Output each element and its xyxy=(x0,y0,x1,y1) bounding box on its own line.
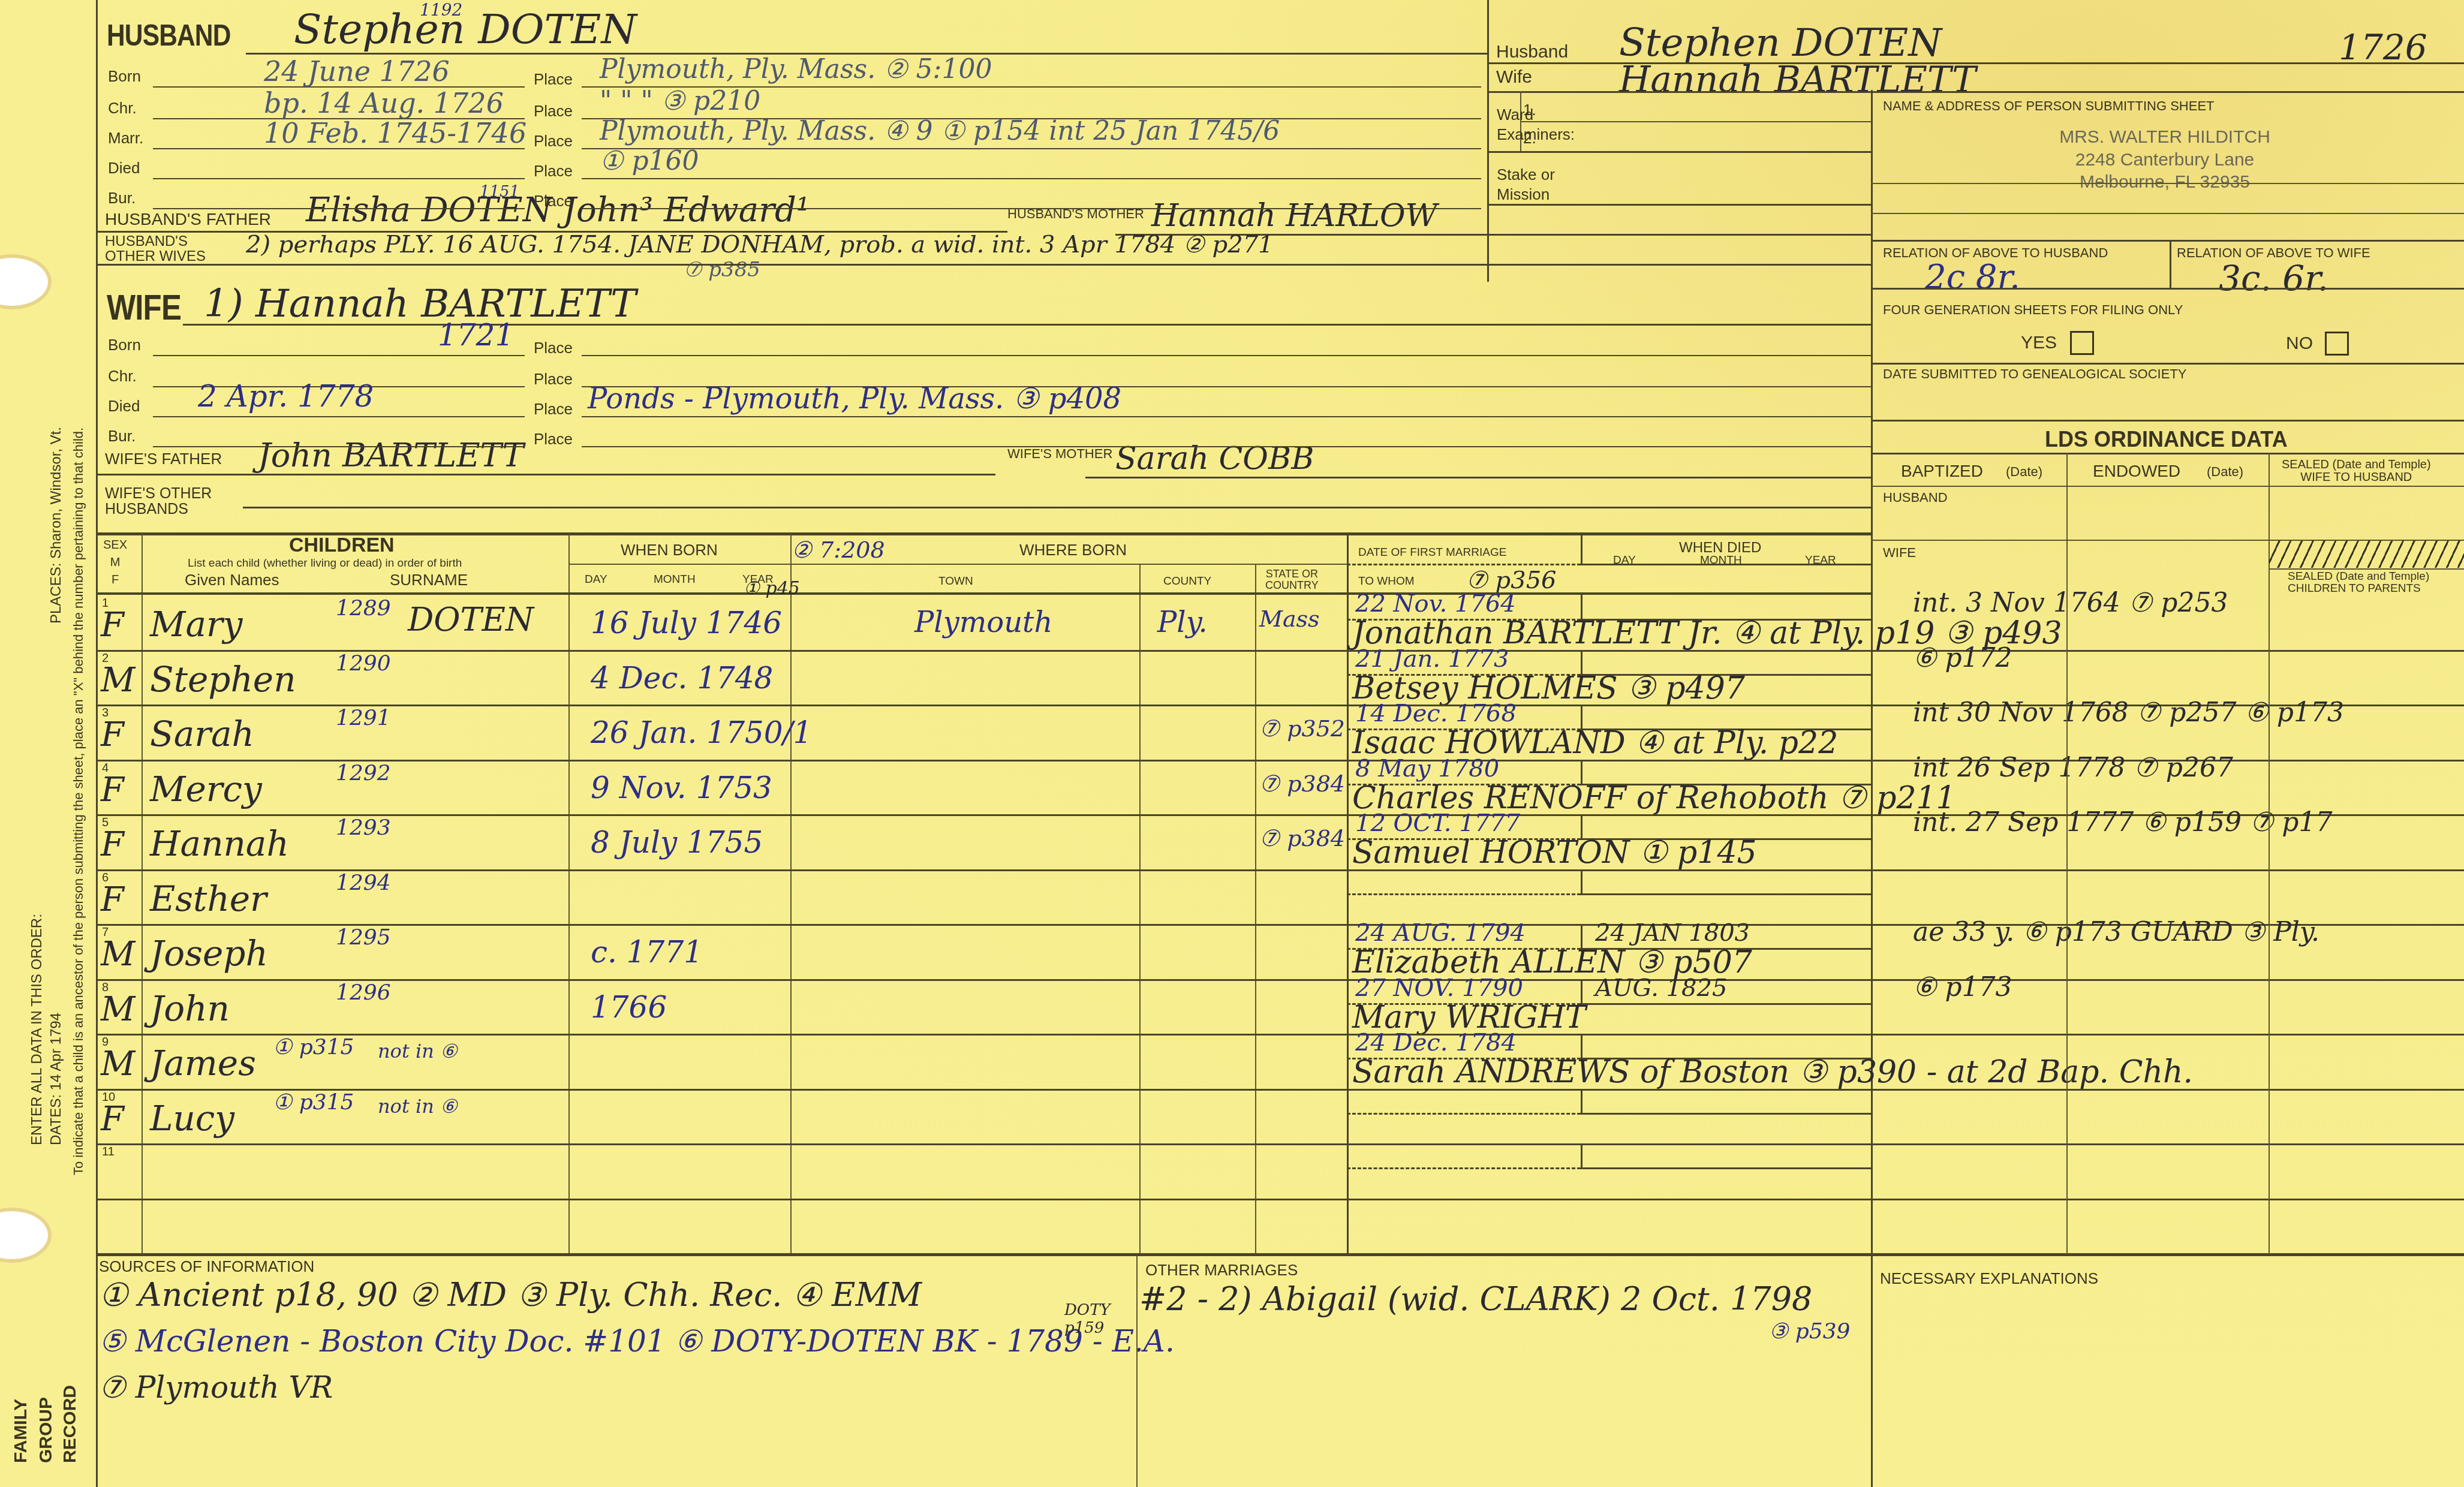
lds-baptized-label: BAPTIZED xyxy=(1901,462,1983,481)
child-ref: 1291 xyxy=(336,706,391,730)
wife-father[interactable]: John BARTLETT xyxy=(258,437,524,474)
child-ref: 1295 xyxy=(336,925,391,950)
child-given-name[interactable]: Sarah xyxy=(150,714,254,754)
husband-father-label: HUSBAND'S FATHER xyxy=(105,210,271,229)
child-row[interactable] xyxy=(96,1143,1871,1199)
child-birth-state[interactable]: Mass xyxy=(1259,606,1320,632)
submitter-city: Melbourne, FL 32935 xyxy=(1949,171,2381,194)
other-marriages-text[interactable]: #2 - 2) Abigail (wid. CLARK) 2 Oct. 1798 xyxy=(1139,1280,1812,1318)
child-birth-state[interactable]: ⑦ p352 xyxy=(1259,715,1345,742)
relation-wife[interactable]: 3c. 6r. xyxy=(2219,258,2328,299)
sources-label: SOURCES OF INFORMATION xyxy=(99,1257,314,1276)
first-marriage-header: DATE OF FIRST MARRIAGE xyxy=(1358,547,1506,559)
source-line-1[interactable]: ① Ancient p18, 90 ② MD ③ Ply. Chh. Rec. … xyxy=(99,1276,922,1314)
child-birth-date[interactable]: c. 1771 xyxy=(591,935,703,970)
child-marriage-date[interactable]: 24 AUG. 1794 xyxy=(1355,919,1526,947)
child-birth-date[interactable]: 4 Dec. 1748 xyxy=(591,661,773,696)
born-day-header: DAY xyxy=(585,574,607,586)
county-header: COUNTY xyxy=(1163,576,1211,588)
husband-father-ref: 1151 xyxy=(480,183,519,201)
yes-label: YES xyxy=(2021,333,2057,353)
child-notes: int 26 Sep 1778 ⑦ p267 xyxy=(1913,752,2233,783)
relation-husband[interactable]: 2c 8r. xyxy=(1925,258,2020,297)
stake-mission-label: Stake or Mission xyxy=(1497,165,1555,204)
sex-header-m: M xyxy=(103,554,127,571)
child-given-name[interactable]: Joseph xyxy=(150,933,268,974)
child-notes: int 30 Nov 1768 ⑦ p257 ⑥ p173 xyxy=(1913,697,2344,728)
child-birth-date[interactable]: 26 Jan. 1750/1 xyxy=(591,715,812,750)
child-death-date[interactable]: 24 JAN 1803 xyxy=(1595,919,1750,947)
husband-place-label: Place xyxy=(534,70,573,89)
lds-endowed-sub: (Date) xyxy=(2207,465,2243,478)
wife-place-label: Place xyxy=(534,370,573,389)
lds-sealed-wh-label: SEALED (Date and Temple) WIFE TO HUSBAND xyxy=(2282,459,2431,484)
hr-wife-name[interactable]: Hannah BARTLETT xyxy=(1619,59,1976,101)
husband-event-label: Bur. xyxy=(108,189,136,207)
sex-header: SEX M F xyxy=(103,537,127,589)
when-born-note: ② 7:208 xyxy=(792,537,885,563)
child-sex[interactable]: M xyxy=(101,661,135,700)
child-sex[interactable]: F xyxy=(101,880,124,919)
sex-header-f: F xyxy=(103,571,127,589)
husband-event-date[interactable]: bp. 14 Aug. 1726 xyxy=(264,87,504,119)
child-birth-state[interactable]: ⑦ p384 xyxy=(1259,825,1345,851)
stake-label-line1: Stake or xyxy=(1497,165,1555,185)
child-given-name[interactable]: Mary xyxy=(150,604,242,645)
lds-hatched-area xyxy=(2269,541,2464,568)
child-birth-date[interactable]: 16 July 1746 xyxy=(591,606,782,640)
date-submitted-label: DATE SUBMITTED TO GENEALOGICAL SOCIETY xyxy=(1883,367,2187,381)
hr-year: 1726 xyxy=(2339,27,2427,68)
source-line-2[interactable]: ⑤ McGlenen - Boston City Doc. #101 ⑥ DOT… xyxy=(99,1324,1175,1359)
wife-place-label: Place xyxy=(534,400,573,419)
husband-other-wives[interactable]: 2) perhaps PLY. 16 AUG. 1754. JANE DONHA… xyxy=(246,231,1274,258)
wife-event-place[interactable]: Ponds - Plymouth, Ply. Mass. ③ p408 xyxy=(588,382,1121,416)
child-given-name[interactable]: Stephen xyxy=(150,659,296,700)
born-month-header: MONTH xyxy=(654,574,696,586)
children-title: CHILDREN xyxy=(289,534,395,557)
wife-other-husbands-label: WIFE'S OTHER HUSBANDS xyxy=(105,486,212,517)
child-marriage-date[interactable]: 22 Nov. 1764 xyxy=(1355,590,1516,618)
child-marriage-date[interactable]: 21 Jan. 1773 xyxy=(1355,645,1509,673)
child-sex[interactable]: M xyxy=(101,990,135,1029)
husband-event-place[interactable]: Plymouth, Ply. Mass. ④ 9 ① p154 int 25 J… xyxy=(600,116,1280,146)
child-sex[interactable]: F xyxy=(101,825,124,864)
wife-event-label: Chr. xyxy=(108,367,137,386)
child-given-name[interactable]: Mercy xyxy=(150,769,262,809)
side-title: FAMILY xyxy=(12,1399,30,1463)
child-sex[interactable]: M xyxy=(101,935,135,974)
explanations-label: NECESSARY EXPLANATIONS xyxy=(1880,1269,2098,1288)
child-surname[interactable]: not in ⑥ xyxy=(378,1095,458,1118)
child-marriage-date[interactable]: 24 Dec. 1784 xyxy=(1355,1029,1517,1056)
child-ref: 1294 xyxy=(336,871,391,895)
husband-event-place[interactable]: Plymouth, Ply. Mass. ② 5:100 xyxy=(600,54,992,85)
husband-ref-number: 1192 xyxy=(420,0,462,20)
child-marriage-date[interactable]: 14 Dec. 1768 xyxy=(1355,700,1517,727)
source-line-3[interactable]: ⑦ Plymouth VR xyxy=(99,1370,333,1405)
wife-place-label: Place xyxy=(534,430,573,448)
surname-header: SURNAME xyxy=(390,571,468,589)
children-subtitle: List each child (whether living or dead)… xyxy=(188,558,462,570)
child-given-name[interactable]: Esther xyxy=(150,878,267,919)
wife-event-date[interactable]: 2 Apr. 1778 xyxy=(198,379,374,414)
child-birth-county[interactable]: Ply. xyxy=(1157,606,1208,639)
state-header-line2: COUNTRY xyxy=(1265,580,1319,591)
wife-name[interactable]: 1) Hannah BARTLETT xyxy=(204,282,636,326)
child-notes: ae 33 y. ⑥ p173 GUARD ③ Ply. xyxy=(1913,917,2319,947)
child-spouse[interactable]: Samuel HORTON ① p145 xyxy=(1352,835,1757,871)
no-checkbox[interactable] xyxy=(2325,332,2349,356)
hr-husband-label: Husband xyxy=(1496,42,1568,62)
husband-event-label: Born xyxy=(108,67,141,86)
child-death-date[interactable]: AUG. 1825 xyxy=(1595,974,1727,1002)
other-husbands-line2: HUSBANDS xyxy=(105,501,212,517)
child-surname[interactable]: not in ⑥ xyxy=(378,1040,458,1062)
state-header-line1: STATE OR xyxy=(1265,568,1319,580)
husband-place-label: Place xyxy=(534,162,573,180)
lds-husband-label: HUSBAND xyxy=(1883,490,1948,504)
source-margin-note: DOTY p159 xyxy=(1064,1301,1106,1337)
husband-place-label: Place xyxy=(534,192,573,210)
child-ref: 1290 xyxy=(336,651,391,676)
husband-event-label: Chr. xyxy=(108,99,137,118)
no-label: NO xyxy=(2286,333,2313,354)
child-birth-date[interactable]: 8 July 1755 xyxy=(591,825,763,860)
child-ref: 1296 xyxy=(336,980,391,1005)
wife-label: WIFE xyxy=(107,287,181,328)
header-divider xyxy=(1487,0,1489,282)
child-notes: ⑥ p173 xyxy=(1913,972,2012,1003)
wife-event-label: Bur. xyxy=(108,427,136,446)
husband-event-label: Died xyxy=(108,159,140,177)
ward-examiner-2[interactable]: 2. xyxy=(1523,129,1536,148)
husband-other-wives-note: ⑦ p385 xyxy=(684,258,760,282)
side-title-group: GROUP xyxy=(36,1397,56,1463)
husband-event-place[interactable]: " " " ③ p210 xyxy=(600,86,760,116)
lds-baptized-sub: (Date) xyxy=(2006,465,2042,478)
other-marriages-note: ③ p539 xyxy=(1769,1319,1850,1344)
child-given-name[interactable]: James xyxy=(150,1043,256,1083)
margin-dates: DATES: 14 Apr 1794 xyxy=(48,1013,65,1145)
child-sex[interactable]: F xyxy=(101,770,124,809)
wife-event-label: Born xyxy=(108,336,141,354)
other-husbands-line1: WIFE'S OTHER xyxy=(105,486,212,501)
wife-mother-label: WIFE'S MOTHER xyxy=(1007,447,1112,460)
husband-event-date[interactable]: 10 Feb. 1745-1746 xyxy=(264,117,527,149)
sealed-cp-line2: CHILDREN TO PARENTS xyxy=(2288,583,2429,595)
town-header: TOWN xyxy=(938,576,973,588)
margin-ancestor-note: To indicate that a child is an ancestor … xyxy=(71,428,86,1175)
where-born-header: WHERE BORN xyxy=(1019,541,1127,559)
yes-checkbox[interactable] xyxy=(2070,331,2094,355)
child-sex[interactable]: F xyxy=(101,1100,124,1139)
child-given-name[interactable]: Hannah xyxy=(150,823,289,864)
sex-header-line1: SEX xyxy=(103,537,127,554)
submitter-label: NAME & ADDRESS OF PERSON SUBMITTING SHEE… xyxy=(1883,99,2215,113)
husband-event-place[interactable]: ① p160 xyxy=(600,146,699,176)
husband-mother[interactable]: Hannah HARLOW xyxy=(1151,198,1437,234)
submitter-street: 2248 Canterbury Lane xyxy=(1949,149,2381,171)
husband-event-label: Marr. xyxy=(108,129,143,148)
child-birth-date[interactable]: 9 Nov. 1753 xyxy=(591,770,772,805)
child-marriage-date[interactable]: 8 May 1780 xyxy=(1355,755,1499,782)
sealed-cp-line1: SEALED (Date and Temple) xyxy=(2288,571,2429,583)
other-marriages-label: OTHER MARRIAGES xyxy=(1145,1261,1298,1280)
child-notes: int. 3 Nov 1764 ⑦ p253 xyxy=(1913,588,2228,618)
wife-event-label: Died xyxy=(108,397,140,416)
when-born-header: WHEN BORN xyxy=(621,541,718,559)
margin-places: PLACES: Sharon, Windsor, Vt. xyxy=(48,427,65,624)
other-wives-label-line2: OTHER WIVES xyxy=(105,249,206,264)
lds-wife-label: WIFE xyxy=(1883,546,1916,559)
lds-endowed-label: ENDOWED xyxy=(2093,462,2180,481)
husband-event-date[interactable]: 24 June 1726 xyxy=(264,55,450,88)
side-title-record: RECORD xyxy=(60,1385,80,1463)
sealed-wh-line2: WIFE TO HUSBAND xyxy=(2282,471,2431,484)
child-ref: ① p315 xyxy=(273,1035,354,1059)
state-header: STATE OR COUNTRY xyxy=(1265,568,1319,591)
punch-hole-top xyxy=(0,258,48,306)
side-title-family: FAMILY xyxy=(11,1399,31,1463)
four-gen-label: FOUR GENERATION SHEETS FOR FILING ONLY xyxy=(1883,303,2183,317)
husband-label: HUSBAND xyxy=(107,18,231,53)
husband-place-label: Place xyxy=(534,132,573,150)
margin-enter-order: ENTER ALL DATA IN THIS ORDER: xyxy=(29,914,46,1145)
husband-place-label: Place xyxy=(534,102,573,121)
child-given-name[interactable]: John xyxy=(150,988,230,1029)
other-wives-label-line1: HUSBAND'S xyxy=(105,234,206,249)
hr-wife-label: Wife xyxy=(1496,67,1532,88)
child-ref: 1292 xyxy=(336,761,391,785)
given-names-header: Given Names xyxy=(185,571,279,589)
child-ref: 1293 xyxy=(336,815,391,840)
stake-label-line2: Mission xyxy=(1497,185,1555,204)
wife-place-label: Place xyxy=(534,339,573,357)
submitter-name: MRS. WALTER HILDITCH xyxy=(1949,126,2381,149)
child-row[interactable] xyxy=(96,1089,1871,1144)
child-sex[interactable]: F xyxy=(101,715,124,754)
child-given-name[interactable]: Lucy xyxy=(150,1098,234,1139)
child-birth-town[interactable]: Plymouth xyxy=(914,606,1052,639)
child-ref: ① p315 xyxy=(273,1090,354,1115)
sealed-wh-line1: SEALED (Date and Temple) xyxy=(2282,459,2431,471)
child-notes: ⑥ p172 xyxy=(1913,643,2012,673)
lds-sealed-cp-label: SEALED (Date and Temple) CHILDREN TO PAR… xyxy=(2288,571,2429,595)
child-sex[interactable]: F xyxy=(101,606,124,645)
child-marriage-date[interactable]: 27 NOV. 1790 xyxy=(1355,974,1523,1002)
to-whom-header: TO WHOM xyxy=(1358,576,1415,588)
punch-hole-bottom xyxy=(0,1211,48,1259)
child-number: 11 xyxy=(102,1146,115,1158)
family-group-record-sheet: FAMILY GROUP RECORD ENTER ALL DATA IN TH… xyxy=(0,0,2464,1487)
child-sex[interactable]: M xyxy=(101,1044,135,1083)
wife-father-label: WIFE'S FATHER xyxy=(105,450,222,468)
child-birth-state[interactable]: ⑦ p384 xyxy=(1259,770,1345,797)
wife-event-date[interactable]: 1721 xyxy=(438,318,514,353)
husband-other-wives-label: HUSBAND'S OTHER WIVES xyxy=(105,234,206,264)
child-surname[interactable]: DOTEN xyxy=(408,601,534,639)
ward-examiner-1[interactable]: 1. xyxy=(1523,101,1536,119)
child-birth-date[interactable]: 1766 xyxy=(591,990,667,1025)
child-marriage-date[interactable]: 12 OCT. 1777 xyxy=(1355,809,1520,837)
child-ref: 1289 xyxy=(336,596,391,621)
child-birth-note: ① p45 xyxy=(744,578,800,599)
husband-name[interactable]: Stephen DOTEN xyxy=(294,6,637,53)
lds-title: LDS ORDINANCE DATA xyxy=(2045,427,2288,452)
